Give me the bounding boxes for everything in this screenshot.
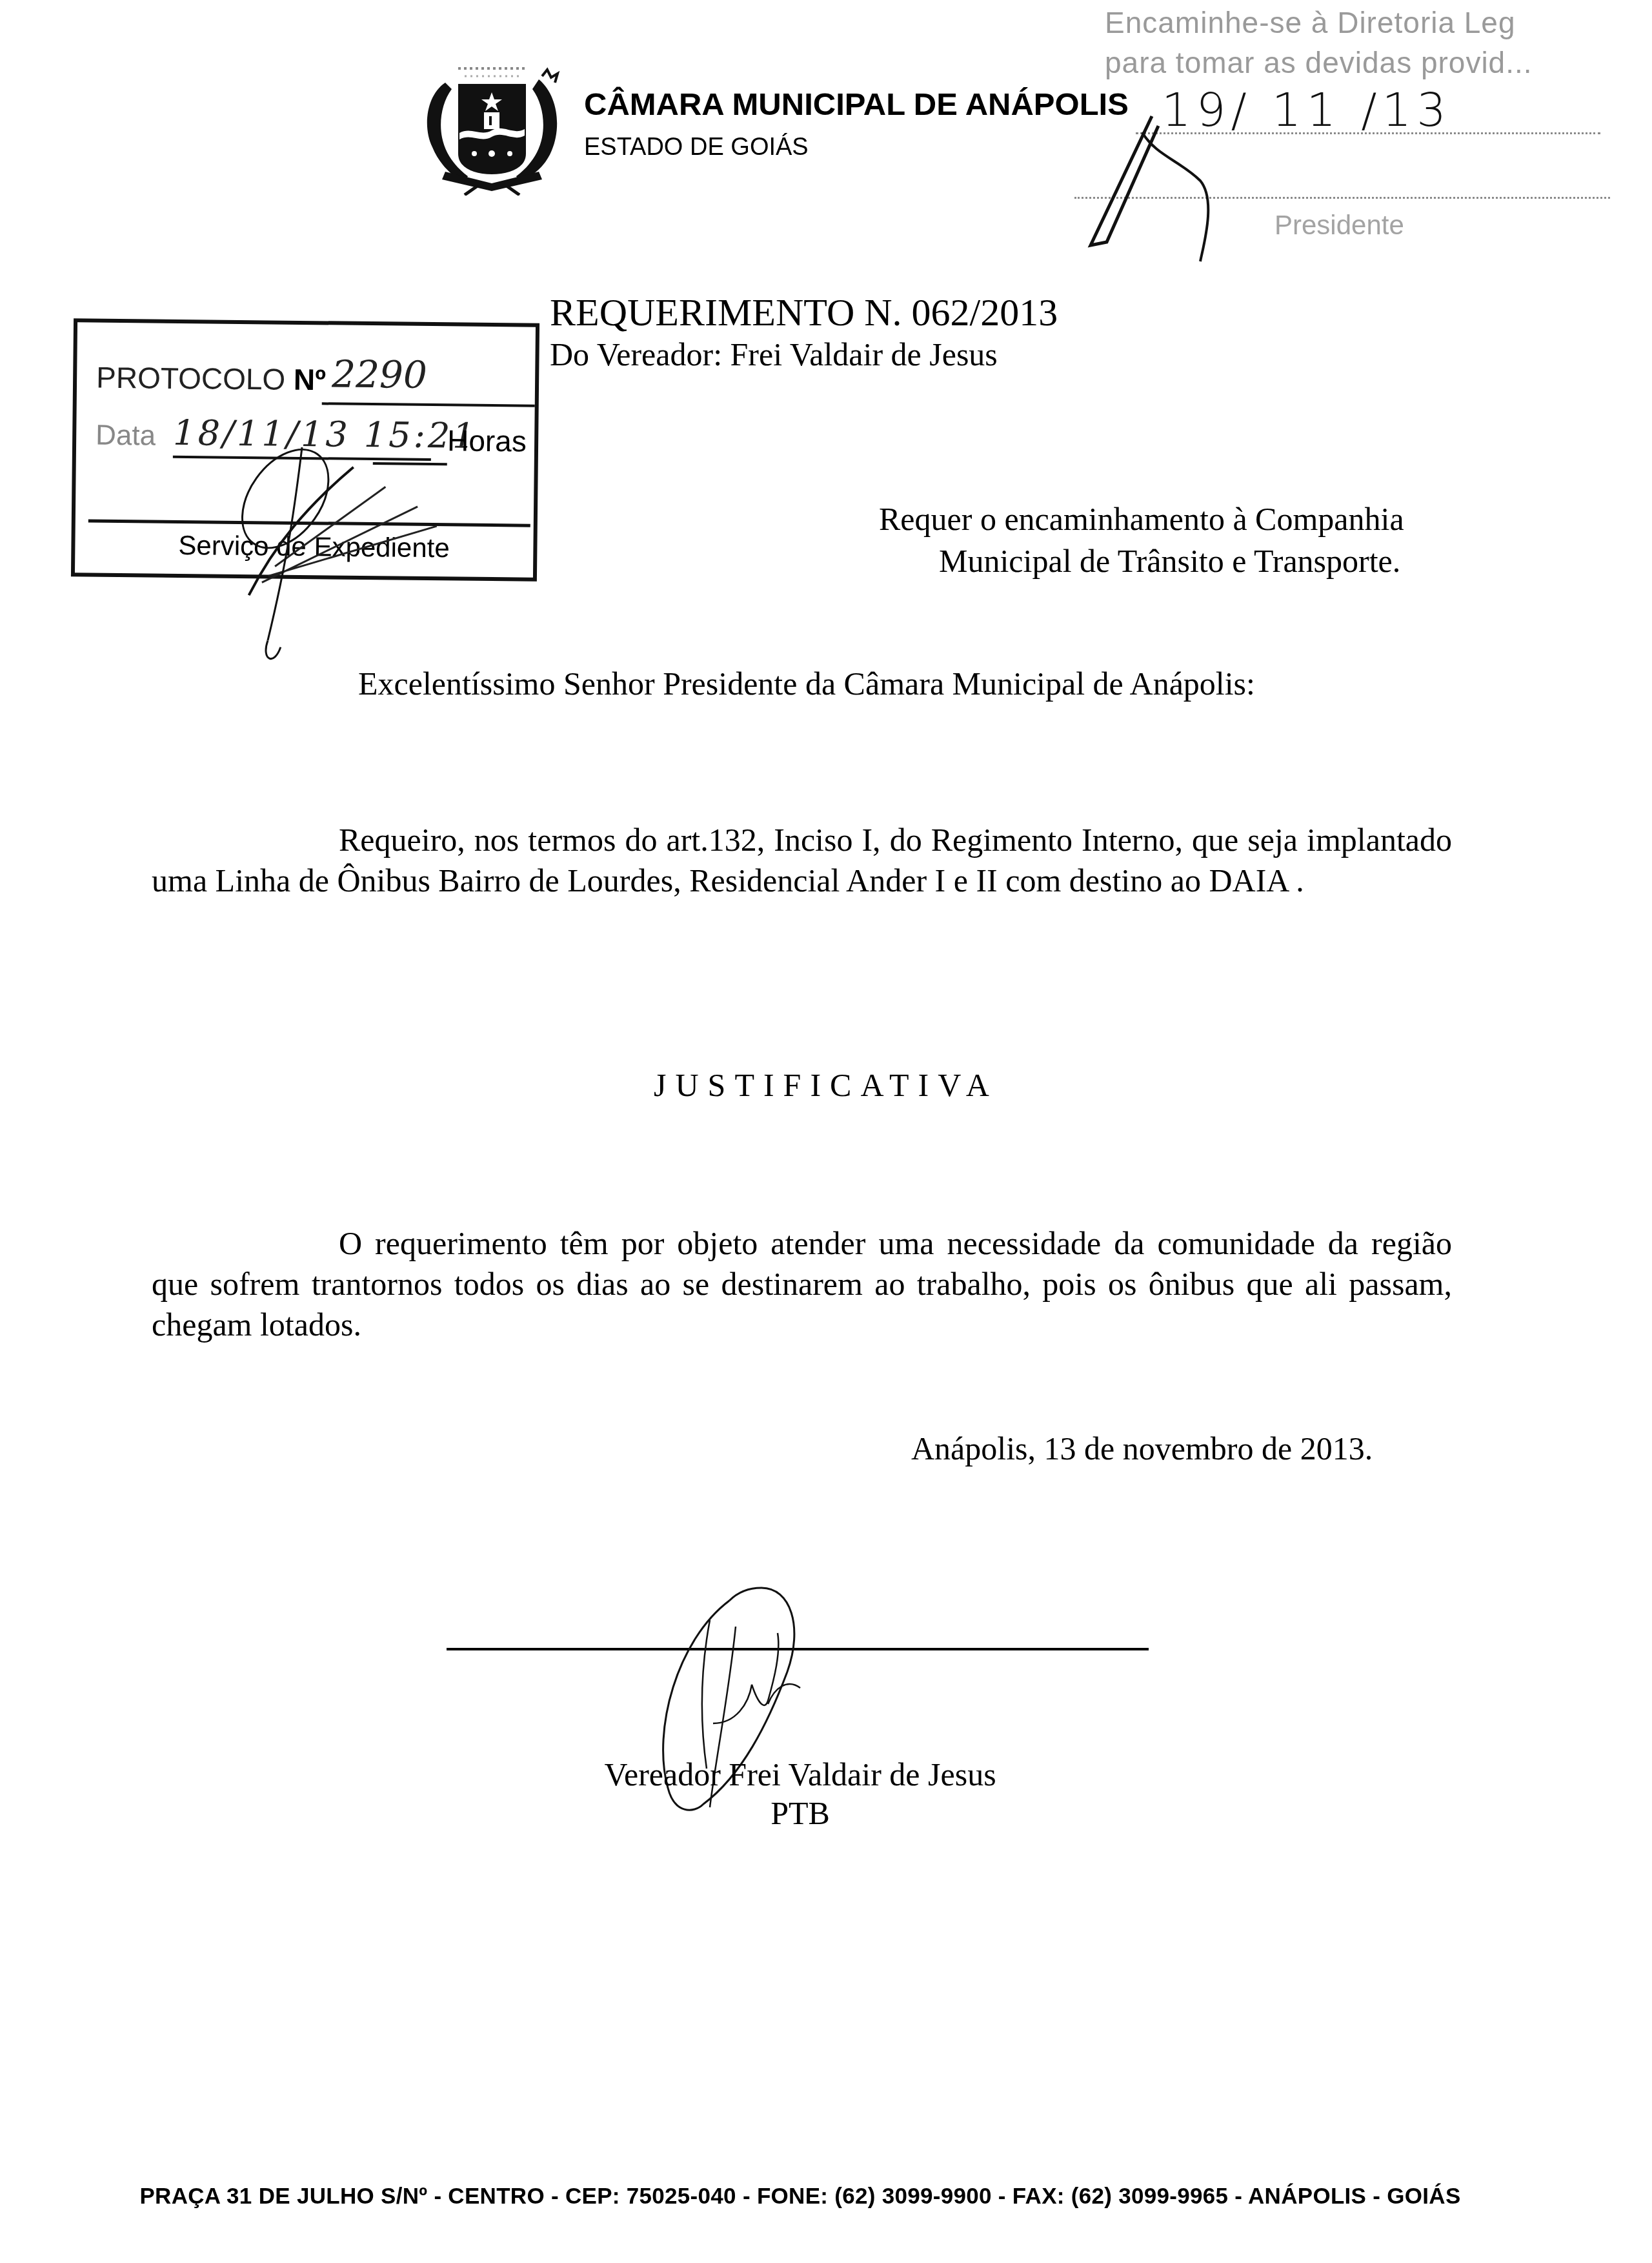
protocol-number-symbol: Nº bbox=[294, 363, 327, 397]
coat-of-arms-icon bbox=[419, 57, 565, 196]
requerimento-author: Do Vereador: Frei Valdair de Jesus bbox=[550, 336, 998, 373]
requerimento-title: REQUERIMENTO N. 062/2013 bbox=[550, 290, 1058, 335]
justification-heading: JUSTIFICATIVA bbox=[0, 1066, 1652, 1104]
salutation: Excelentíssimo Senhor Presidente da Câma… bbox=[358, 665, 1255, 702]
protocol-label-text: PROTOCOLO bbox=[96, 361, 286, 396]
protocol-date-label: Data bbox=[96, 420, 156, 452]
protocol-number: 2290 bbox=[332, 352, 427, 397]
dispatch-stamp-role: Presidente bbox=[1274, 210, 1404, 241]
organization-state: ESTADO DE GOIÁS bbox=[584, 134, 809, 161]
justification-paragraph: O requerimento têm por objeto atender um… bbox=[152, 1223, 1452, 1345]
protocol-stamp: PROTOCOLO Nº 2290 Data 18/11/13 15:21 Ho… bbox=[71, 318, 539, 582]
signer-name: Vereador Frei Valdair de Jesus bbox=[0, 1756, 1600, 1793]
signer-party: PTB bbox=[0, 1794, 1600, 1832]
dispatch-stamp-line: para tomar as devidas provid... bbox=[1105, 45, 1533, 80]
protocol-number-rule bbox=[322, 402, 535, 407]
dispatch-stamp-line: Encaminhe-se à Diretoria Leg bbox=[1105, 5, 1516, 40]
protocol-label: PROTOCOLO Nº bbox=[96, 360, 326, 398]
place-and-date: Anápolis, 13 de novembro de 2013. bbox=[911, 1430, 1373, 1467]
protocol-signature-icon bbox=[222, 427, 483, 688]
summary-line: Requer o encaminhamento à Companhia bbox=[879, 500, 1404, 538]
summary-line: Municipal de Trânsito e Transporte. bbox=[939, 542, 1400, 580]
footer-address: PRAÇA 31 DE JULHO S/Nº - CENTRO - CEP: 7… bbox=[0, 2184, 1600, 2209]
request-paragraph: Requeiro, nos termos do art.132, Inciso … bbox=[152, 820, 1452, 901]
president-signature-icon bbox=[1045, 97, 1239, 265]
